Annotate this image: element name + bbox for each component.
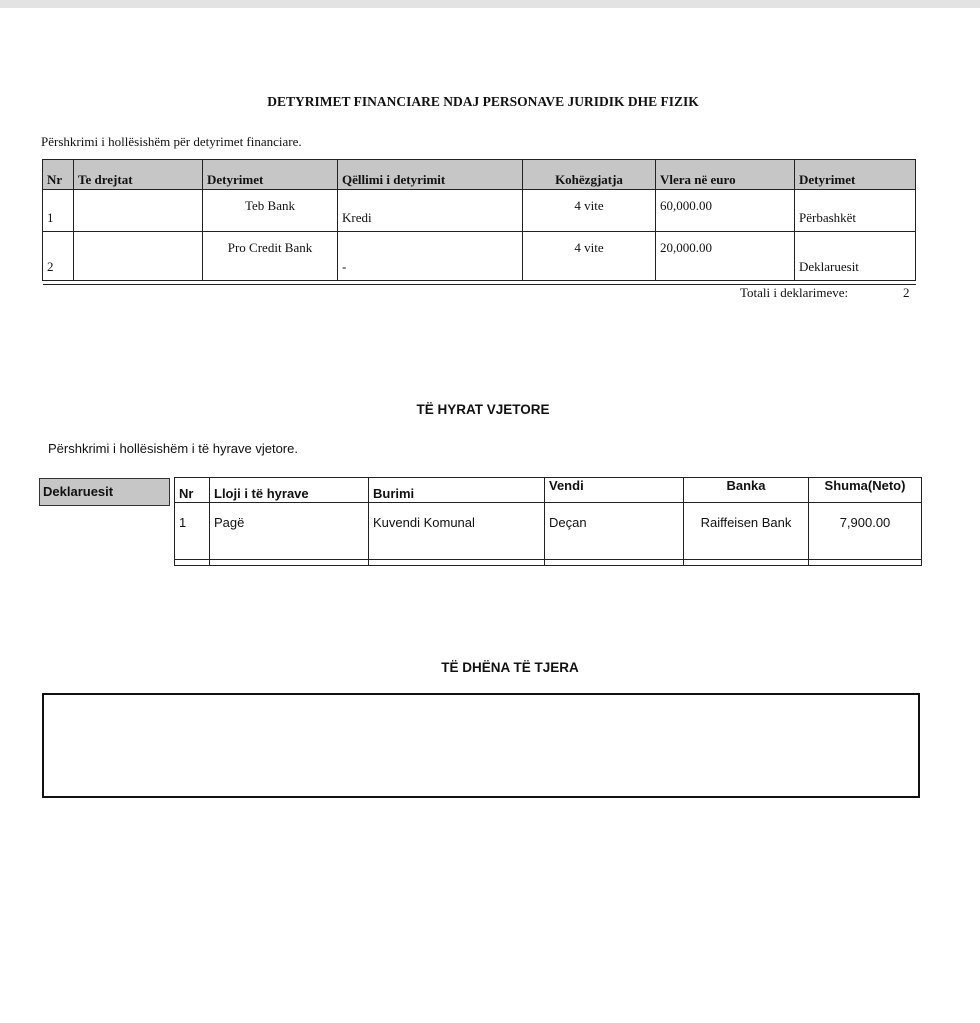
col-te-drejtat: Te drejtat (74, 160, 203, 190)
table-header-row: Nr Lloji i të hyrave Burimi Vendi Banka … (175, 478, 922, 503)
cell-kohezgjatja: 4 vite (523, 190, 656, 232)
cell-lloji: Pagë (210, 503, 369, 560)
cell-detyrimet: Teb Bank (203, 190, 338, 232)
cell-qellimi: Kredi (338, 190, 523, 232)
col-burimi: Burimi (369, 478, 545, 503)
declarant-label: Deklaruesit (39, 478, 170, 506)
cell-kohezgjatja: 4 vite (523, 232, 656, 281)
col-nr: Nr (175, 478, 210, 503)
cell-lloji: Deklaruesit (795, 232, 916, 281)
table-row: 1 Teb Bank Kredi 4 vite 60,000.00 Përbas… (43, 190, 916, 232)
cell-te-drejtat (74, 232, 203, 281)
col-qellimi: Qëllimi i detyrimit (338, 160, 523, 190)
col-nr: Nr (43, 160, 74, 190)
obligations-title: DETYRIMET FINANCIARE NDAJ PERSONAVE JURI… (0, 94, 966, 110)
cell-banka: Raiffeisen Bank (684, 503, 809, 560)
table-header-row: Nr Te drejtat Detyrimet Qëllimi i detyri… (43, 160, 916, 190)
table-spacer-row (43, 281, 916, 285)
col-shuma: Shuma(Neto) (809, 478, 922, 503)
cell-lloji: Përbashkët (795, 190, 916, 232)
total-label: Totali i deklarimeve: (740, 285, 848, 301)
total-value: 2 (903, 285, 910, 301)
cell-nr: 1 (175, 503, 210, 560)
obligations-description: Përshkrimi i hollësishëm për detyrimet f… (41, 134, 302, 150)
cell-vlera: 60,000.00 (656, 190, 795, 232)
cell-qellimi: - (338, 232, 523, 281)
col-vendi: Vendi (545, 478, 684, 503)
cell-detyrimet: Pro Credit Bank (203, 232, 338, 281)
income-description: Përshkrimi i hollësishëm i të hyrave vje… (48, 441, 298, 456)
cell-vlera: 20,000.00 (656, 232, 795, 281)
col-banka: Banka (684, 478, 809, 503)
col-kohezgjatja: Kohëzgjatja (523, 160, 656, 190)
col-detyrimet-type: Detyrimet (795, 160, 916, 190)
top-bar (0, 0, 980, 8)
other-data-box (42, 693, 920, 798)
cell-te-drejtat (74, 190, 203, 232)
cell-nr: 2 (43, 232, 74, 281)
col-detyrimet: Detyrimet (203, 160, 338, 190)
other-data-title: TË DHËNA TË TJERA (0, 660, 980, 675)
cell-nr: 1 (43, 190, 74, 232)
col-lloji: Lloji i të hyrave (210, 478, 369, 503)
table-spacer-row (175, 560, 922, 566)
cell-shuma: 7,900.00 (809, 503, 922, 560)
income-table: Nr Lloji i të hyrave Burimi Vendi Banka … (174, 477, 922, 566)
table-row: 1 Pagë Kuvendi Komunal Deçan Raiffeisen … (175, 503, 922, 560)
income-title: TË HYRAT VJETORE (0, 402, 966, 417)
table-row: 2 Pro Credit Bank - 4 vite 20,000.00 Dek… (43, 232, 916, 281)
cell-vendi: Deçan (545, 503, 684, 560)
col-vlera: Vlera në euro (656, 160, 795, 190)
cell-burimi: Kuvendi Komunal (369, 503, 545, 560)
obligations-table: Nr Te drejtat Detyrimet Qëllimi i detyri… (42, 159, 916, 285)
